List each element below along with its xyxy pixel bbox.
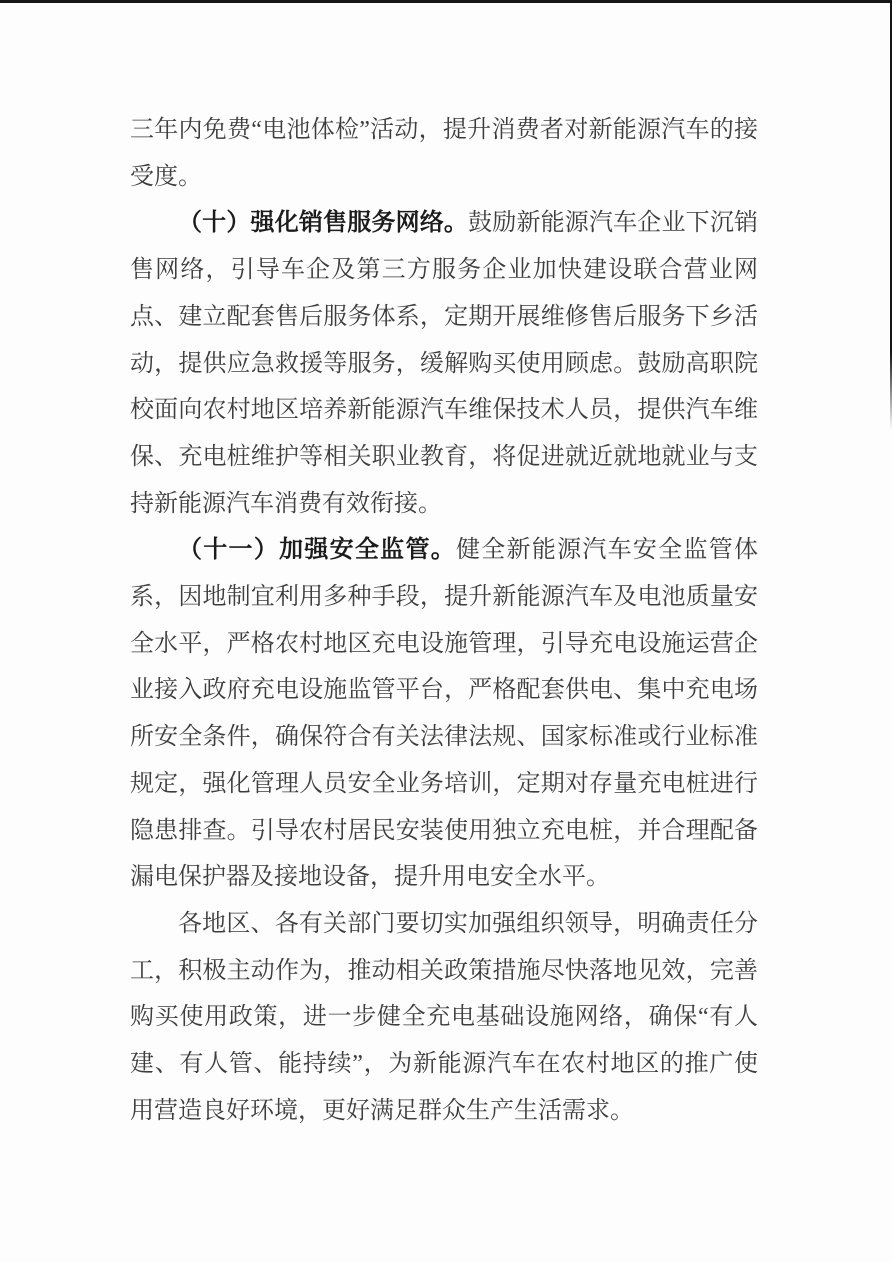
page-top-edge-line (0, 0, 892, 3)
clause-heading: （十）强化销售服务网络。 (178, 210, 468, 236)
paragraph-text: 鼓励新能源汽车企业下沉销售网络，引导车企及第三方服务企业加快建设联合营业网点、建… (130, 210, 758, 516)
paragraph: （十一）加强安全监管。健全新能源汽车安全监管体系，因地制宜利用多种手段，提升新能… (130, 527, 758, 901)
paragraph: 各地区、各有关部门要切实加强组织领导，明确责任分工，积极主动作为，推动相关政策措… (130, 901, 758, 1135)
paragraph-text: 各地区、各有关部门要切实加强组织领导，明确责任分工，积极主动作为，推动相关政策措… (130, 911, 758, 1124)
paragraph-text: 三年内免费“电池体检”活动，提升消费者对新能源汽车的接受度。 (130, 117, 758, 190)
paragraph-text: 健全新能源汽车安全监管体系，因地制宜利用多种手段，提升新能源汽车及电池质量安全水… (130, 537, 758, 890)
paragraph: 三年内免费“电池体检”活动，提升消费者对新能源汽车的接受度。 (130, 107, 758, 200)
clause-heading: （十一）加强安全监管。 (178, 537, 456, 563)
document-body: 三年内免费“电池体检”活动，提升消费者对新能源汽车的接受度。（十）强化销售服务网… (130, 107, 758, 1134)
paragraph: （十）强化销售服务网络。鼓励新能源汽车企业下沉销售网络，引导车企及第三方服务企业… (130, 200, 758, 527)
document-page: 三年内免费“电池体检”活动，提升消费者对新能源汽车的接受度。（十）强化销售服务网… (0, 0, 892, 1262)
